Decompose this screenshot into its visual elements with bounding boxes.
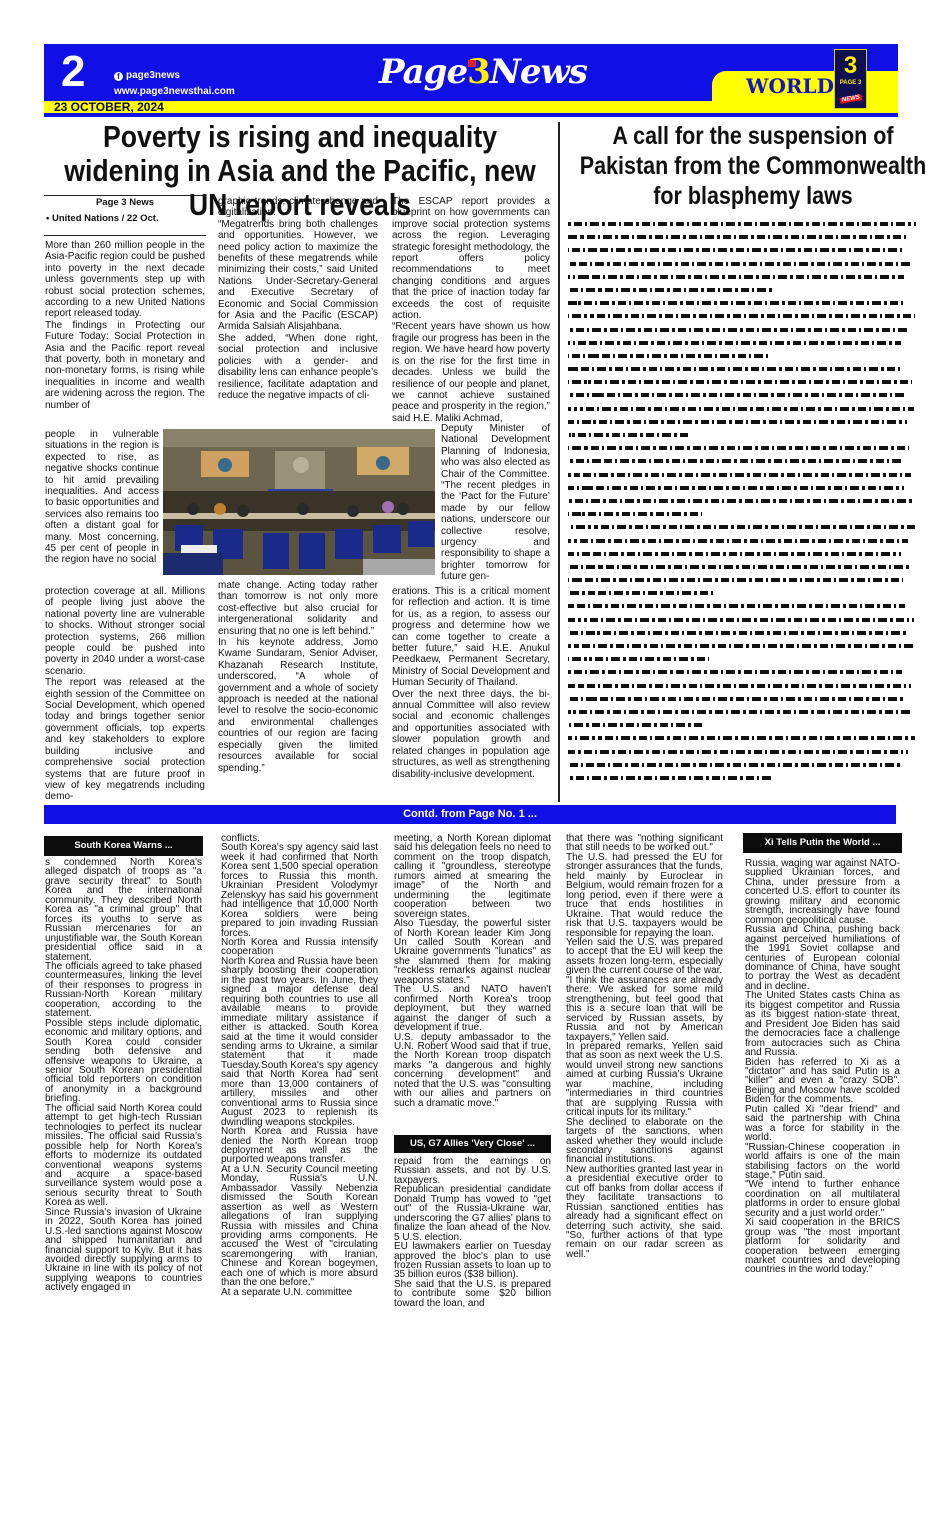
garbled-text-line	[568, 433, 690, 437]
tag-xi-tells-putin[interactable]: Xi Tells Putin the World ...	[743, 833, 902, 853]
garbled-text-line	[568, 539, 908, 543]
byline-dateline: • United Nations / 22 Oct.	[46, 213, 159, 224]
garbled-text-line	[568, 684, 911, 688]
garbled-text-line	[568, 393, 905, 397]
conference-hall-image	[163, 429, 435, 575]
paragraph: She added, “When done right, social prot…	[218, 333, 378, 401]
paragraph: Republican presidential candidate Donald…	[394, 1185, 551, 1242]
paragraph: She declined to elaborate on the targets…	[566, 1118, 723, 1165]
garbled-text-line	[568, 776, 772, 780]
garbled-text-line	[568, 275, 904, 279]
garbled-text-line	[568, 314, 915, 318]
garbled-text-line	[568, 512, 702, 516]
cont-col4: that there was "nothing significant that…	[566, 834, 723, 1259]
garbled-text-line	[568, 723, 704, 727]
logo-three: 3	[467, 52, 490, 92]
paragraph: Also Tuesday, the powerful sister of Nor…	[394, 919, 551, 985]
garbled-text-line	[568, 486, 904, 490]
garbled-text-line	[568, 328, 908, 332]
paragraph: mate change. Acting today rather than to…	[218, 580, 378, 637]
paragraph: North Korea and Russia have been sharply…	[221, 957, 378, 1127]
paragraph: North Korea and Russia have denied the N…	[221, 1127, 378, 1165]
paragraph: The ESCAP report provides a blueprint on…	[392, 196, 550, 321]
paragraph: The findings in Protecting our Future To…	[45, 320, 205, 411]
byline-source: Page 3 News	[44, 197, 206, 208]
paragraph: "Russian-Chinese cooperation in world af…	[745, 1143, 900, 1181]
subheading: North Korea and Russia intensify coopera…	[221, 938, 378, 957]
garbled-text-line	[568, 697, 904, 701]
paragraph: More than 260 million people in the Asia…	[45, 240, 205, 320]
tag-south-korea-warns[interactable]: South Korea Warns ...	[44, 836, 203, 856]
facebook-icon: f	[114, 72, 123, 81]
cont-col5: Russia, waging war against NATO-supplied…	[745, 859, 900, 1275]
paragraph: Possible steps include diplomatic, econo…	[45, 1019, 202, 1104]
garbled-text-line	[568, 618, 914, 622]
paragraph: The report was released at the eighth se…	[45, 677, 205, 802]
paragraph: Since Russia's invasion of Ukraine in 20…	[45, 1208, 202, 1293]
garbled-text-line	[568, 288, 773, 292]
paragraph: Russia, waging war against NATO-supplied…	[745, 859, 900, 925]
tag-us-g7-allies[interactable]: US, G7 Allies 'Very Close' ...	[394, 1135, 551, 1153]
garbled-text-line	[568, 499, 913, 503]
garbled-text-line	[568, 459, 902, 463]
paragraph: meeting, a North Korean diplomat said hi…	[394, 834, 551, 919]
main-col1-wrap: people in vulnerable situations in the r…	[45, 429, 159, 566]
paragraph: Xi said cooperation in the BRICS group w…	[745, 1218, 900, 1275]
paragraph: protection coverage at all. Millions of …	[45, 586, 205, 677]
garbled-text-line	[568, 446, 909, 450]
column-divider	[558, 122, 560, 802]
garbled-text-line	[568, 301, 906, 305]
garbled-text-line	[568, 248, 902, 252]
paragraph: "We intend to further enhance coordinati…	[745, 1180, 900, 1218]
paragraph: Biden has referred to Xi as a "dictator"…	[745, 1058, 900, 1105]
garbled-text-line	[568, 262, 911, 266]
paragraph: s condemned North Korea's alleged dispat…	[45, 858, 202, 962]
main-col3-wrap: Deputy Minister of National Development …	[441, 423, 550, 583]
paragraph: In prepared remarks, Yellen said that as…	[566, 1042, 723, 1118]
section-label: WORLD	[746, 71, 834, 101]
garbled-text-line	[568, 367, 903, 371]
paragraph: erations. This is a critical moment for …	[392, 586, 550, 689]
badge-number: 3	[835, 53, 866, 79]
side-headline: A call for the suspension of Pakistan fr…	[577, 121, 930, 211]
paragraph: The U.S. had pressed the EU for stronger…	[566, 853, 723, 938]
paragraph: At a separate U.N. committee	[221, 1288, 378, 1297]
paragraph: EU lawmakers earlier on Tuesday approved…	[394, 1242, 551, 1280]
cont-col1: s condemned North Korea's alleged dispat…	[45, 858, 202, 1293]
paragraph: She said that the U.S. is prepared to co…	[394, 1280, 551, 1308]
byline: Page 3 News • United Nations / 22 Oct.	[44, 195, 206, 236]
facebook-handle[interactable]: fpage3news	[114, 70, 180, 81]
paragraph: The officials agreed to take phased coun…	[45, 962, 202, 1019]
issue-date: 23 OCTOBER, 2024	[54, 100, 164, 114]
paragraph: Russia and China, pushing back against p…	[745, 925, 900, 991]
masthead: 2 fpage3news www.page3newsthai.com 23 OC…	[44, 44, 898, 117]
garbled-text-line	[568, 222, 916, 226]
page-number: 2	[61, 48, 85, 96]
paragraph: repaid from the earnings on Russian asse…	[394, 1157, 551, 1185]
garbled-text-line	[568, 644, 916, 648]
paragraph: The official said North Korea could atte…	[45, 1104, 202, 1208]
garbled-text-line	[568, 578, 903, 582]
continued-banner: Contd. from Page No. 1 ...	[44, 805, 896, 824]
paragraph: "I think the assurances are already ther…	[566, 976, 723, 1042]
garbled-text-line	[568, 591, 714, 595]
garbled-text-line	[568, 473, 911, 477]
paragraph: Putin called Xi "dear friend" and said t…	[745, 1105, 900, 1143]
cont-col3-top: meeting, a North Korean diplomat said hi…	[394, 834, 551, 1108]
paragraph: New authorities granted last year in a p…	[566, 1165, 723, 1260]
paragraph: Over the next three days, the bi-annual …	[392, 689, 550, 780]
garbled-text-line	[568, 670, 902, 674]
garbled-text-line	[568, 525, 915, 529]
garbled-text-line	[568, 710, 913, 714]
logo-word-page: Page	[379, 52, 467, 92]
main-col1-bottom: protection coverage at all. Millions of …	[45, 586, 205, 803]
main-col1-top: More than 260 million people in the Asia…	[45, 240, 205, 411]
paragraph: “Recent years have shown us how fragile …	[392, 321, 550, 424]
garbled-text-line	[568, 235, 909, 239]
paragraph: Yellen said the U.S. was prepared to acc…	[566, 938, 723, 976]
garbled-text-line	[568, 763, 901, 767]
paragraph: graphic trends, climate change and digit…	[218, 196, 378, 219]
paragraph: In his keynote address, Jomo Kwame Sunda…	[218, 637, 378, 774]
cont-col3-bottom: repaid from the earnings on Russian asse…	[394, 1157, 551, 1308]
facebook-handle-text: page3news	[126, 70, 180, 81]
garbled-text-line	[568, 380, 912, 384]
cont-col2: conflicts. South Korea's spy agency said…	[221, 834, 378, 1297]
paragraph: U.S. deputy ambassador to the U.N. Rober…	[394, 1033, 551, 1109]
garbled-text-line	[568, 341, 901, 345]
page3-badge-icon: 3 PAGE 3 NEWS	[834, 49, 867, 109]
conference-photo	[163, 429, 435, 575]
main-col2-top: graphic trends, climate change and digit…	[218, 196, 378, 401]
badge-news: NEWS	[839, 94, 862, 104]
garbled-text-line	[568, 552, 901, 556]
badge-label: PAGE 3	[835, 79, 866, 87]
main-col2-bottom: mate change. Acting today rather than to…	[218, 580, 378, 774]
garbled-text-line	[568, 657, 709, 661]
website-link[interactable]: www.page3newsthai.com	[114, 86, 235, 97]
paragraph: people in vulnerable situations in the r…	[45, 429, 159, 566]
paragraph: “Megatrends bring both challenges and op…	[218, 219, 378, 333]
garbled-text-line	[568, 736, 915, 740]
paragraph: South Korea's spy agency said last week …	[221, 843, 378, 938]
garbled-text-line	[568, 407, 914, 411]
main-col3-bottom: erations. This is a critical moment for …	[392, 586, 550, 780]
paragraph: that there was "nothing significant that…	[566, 834, 723, 853]
paragraph: Deputy Minister of National Development …	[441, 423, 550, 583]
paragraph: At a U.N. Security Council meeting Monda…	[221, 1165, 378, 1288]
garbled-text-line	[568, 565, 910, 569]
garbled-text-line	[568, 631, 907, 635]
garbled-text-line	[568, 420, 907, 424]
date-bar	[44, 101, 898, 113]
paragraph: The United States casts China as its big…	[745, 991, 900, 1057]
logo-word-news: News	[490, 52, 587, 92]
garbled-text-line	[568, 354, 768, 358]
newspaper-logo: Page3News	[379, 50, 587, 94]
garbled-text-line	[568, 604, 905, 608]
paragraph: The U.S. and NATO haven't confirmed Nort…	[394, 985, 551, 1032]
garbled-text-line	[568, 750, 908, 754]
side-article-body	[568, 222, 945, 789]
main-col3-top: The ESCAP report provides a blueprint on…	[392, 196, 550, 424]
